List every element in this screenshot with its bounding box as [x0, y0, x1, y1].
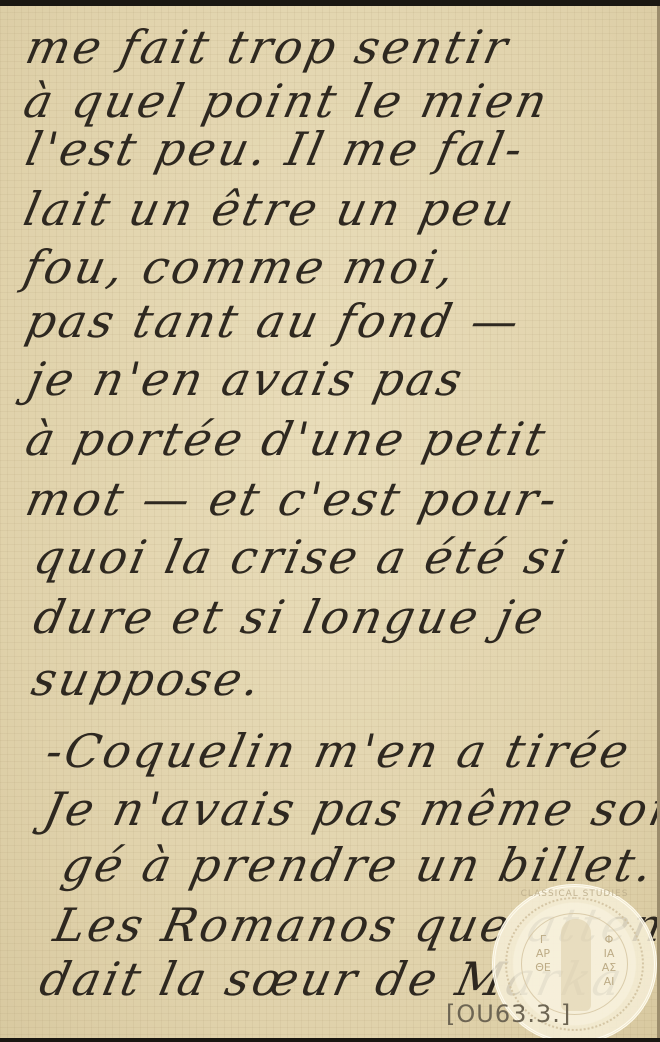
- handwritten-line: -Coquelin m'en a tirée: [42, 728, 636, 774]
- handwritten-line: fou, comme moi,: [20, 244, 462, 290]
- handwritten-line: pas tant au fond —: [22, 298, 526, 344]
- seal-letters: ΑΡ: [529, 947, 557, 961]
- seal-letters: ΙΑ: [595, 947, 623, 961]
- handwritten-line: suppose.: [28, 656, 267, 702]
- seal-greek-left: Γ ΑΡ ΘΕ: [529, 933, 557, 975]
- handwritten-line: à quel point le mien: [20, 78, 554, 124]
- handwritten-line: l'est peu. Il me fal-: [22, 126, 529, 172]
- handwritten-line: mot — et c'est pour-: [22, 476, 564, 522]
- handwritten-line: quoi la crise a été si: [30, 534, 574, 580]
- handwritten-line: lait un être un peu: [20, 186, 520, 232]
- scan-border: [0, 1038, 660, 1042]
- seal-letters: Γ: [529, 933, 557, 947]
- seal-letters: Φ: [595, 933, 623, 947]
- handwritten-line: me fait trop sentir: [22, 24, 514, 70]
- handwritten-line: Je n'avais pas même son-: [40, 786, 660, 832]
- handwritten-line: je n'en avais pas: [24, 356, 469, 402]
- letter-page: me fait trop sentirà quel point le mienl…: [0, 6, 660, 1042]
- seal-letters: ΘΕ: [529, 961, 557, 975]
- handwritten-line: à portée d'une petit: [22, 416, 552, 462]
- archive-reference-number: [OU63.3.]: [446, 1000, 571, 1028]
- seal-letters: ΑΙ: [595, 975, 623, 989]
- handwritten-line: gé à prendre un billet.: [58, 842, 659, 888]
- seal-label: CLASSICAL STUDIES: [495, 889, 654, 899]
- seal-greek-right: Φ ΙΑ ΑΣ ΑΙ: [595, 933, 623, 989]
- seal-figure-icon: [561, 919, 591, 1011]
- seal-letters: ΑΣ: [595, 961, 623, 975]
- handwritten-line: dure et si longue je: [30, 594, 550, 640]
